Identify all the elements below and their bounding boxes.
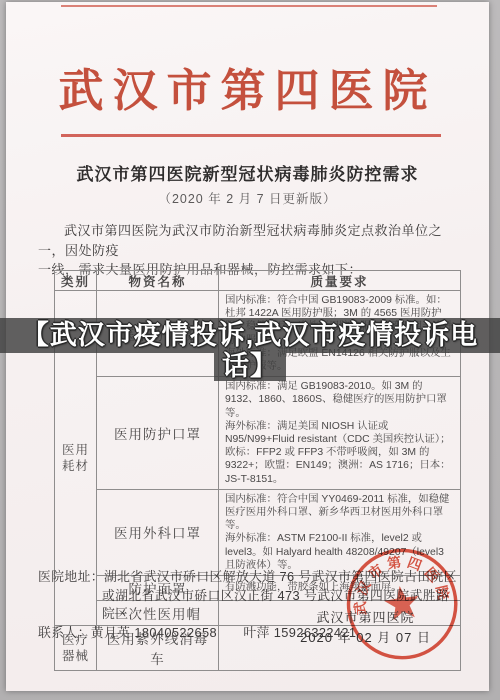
signature-hospital-name: 武汉市第四医院: [300, 608, 431, 628]
header-quality-requirement: 质量要求: [219, 271, 461, 291]
spec-overseas: 海外标准：满足美国 NIOSH 认证或 N95/N99+Fluid resist…: [225, 420, 455, 486]
header-item-name: 物资名称: [97, 271, 219, 291]
photo-background: 武汉市第四医院 武汉市第四医院新型冠状病毒肺炎防控需求 （2020 年 2 月 …: [0, 0, 500, 700]
watermark-line-2: 话】: [214, 353, 286, 381]
address-label: 医院地址：: [38, 569, 104, 584]
official-red-seal: 武汉市第四医院: [335, 536, 468, 669]
watermark-overlay: 【武汉市疫情投诉,武汉市疫情投诉电 话】: [0, 318, 500, 381]
spec-protective-mask: 国内标准：满足 GB19083-2010。如 3M 的 9132、1860、18…: [219, 377, 461, 490]
signature-date: 2020 年 02 月 07 日: [300, 628, 431, 648]
spec-domestic: 国内标准：符合中国 YY0469-2011 标准，如稳健医疗医用外科口罩、新乡华…: [225, 493, 455, 533]
spec-domestic: 国内标准：满足 GB19083-2010。如 3M 的 9132、1860、18…: [225, 380, 455, 420]
item-protective-mask: 医用防护口罩: [97, 377, 219, 490]
document-title: 武汉市第四医院新型冠状病毒肺炎防控需求: [6, 160, 489, 185]
signature-block: 武汉市第四医院 2020 年 02 月 07 日: [300, 608, 431, 648]
item-surgical-mask: 医用外科口罩: [97, 489, 219, 575]
hospital-letterhead: 武汉市第四医院: [6, 54, 489, 119]
table-row: 医用防护口罩 国内标准：满足 GB19083-2010。如 3M 的 9132、…: [55, 377, 461, 490]
watermark-line-1: 【武汉市疫情投诉,武汉市疫情投诉电: [0, 318, 500, 353]
document-version-date: （2020 年 2 月 7 日更新版）: [6, 189, 489, 207]
top-red-rule: [61, 5, 437, 7]
header-category: 类别: [55, 271, 97, 291]
letterhead-red-rule: [61, 134, 441, 137]
table-header-row: 类别 物资名称 质量要求: [55, 271, 461, 291]
